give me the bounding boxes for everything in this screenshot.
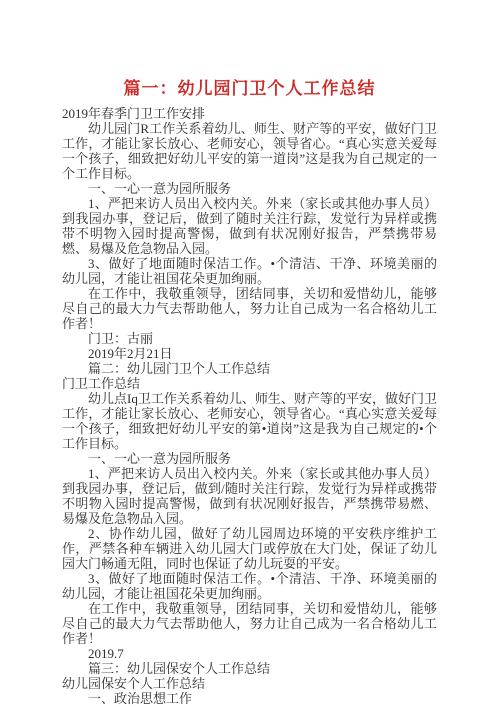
paragraph: 2、协作幼儿园，做好了幼儿园周边环境的平安秩序维护工作，严禁各种车辆进入幼儿园大… (62, 526, 437, 571)
paragraph: 在工作中，我敬重领导，团结同事，关切和爱惜幼儿，能够尽自己的最大力气去帮助他人，… (62, 286, 437, 331)
document-body: 2019年春季门卫工作安排幼儿园门R工作关系着幼儿、师生、财产等的平安，做好门卫… (62, 106, 437, 706)
paragraph: 2019.7 (62, 646, 437, 661)
paragraph: 一、一心一意为园所服务 (62, 451, 437, 466)
paragraph: 篇二：幼儿园门卫个人工作总结 (62, 361, 437, 376)
paragraph: 一、一心一意为园所服务 (62, 181, 437, 196)
paragraph: 2019年2月21日 (62, 346, 437, 361)
paragraph: 幼儿园保安个人工作总结 (62, 676, 437, 691)
paragraph: 门卫工作总结 (62, 376, 437, 391)
paragraph: 一、政治思想工作 (62, 691, 437, 706)
paragraph: 3、做好了地面随时保洁工作。•个清洁、干净、环境美丽的幼儿园，才能让祖国花朵更加… (62, 571, 437, 601)
paragraph: 在工作中，我敬重领导，团结同事，关切和爱惜幼儿，能够尽自己的最大力气去帮助他人，… (62, 601, 437, 646)
paragraph: 篇三：幼儿园保安个人工作总结 (62, 661, 437, 676)
paragraph: 1、严把来访人员出入校内关。外来（家长或其他办事人员）到我园办事，登记后，做到了… (62, 196, 437, 256)
paragraph: 2019年春季门卫工作安排 (62, 106, 437, 121)
paragraph: 3、做好了地面随时保洁工作。•个清洁、干净、环境美丽的幼儿园，才能让祖国花朵更加… (62, 256, 437, 286)
paragraph: 幼儿园门R工作关系着幼儿、师生、财产等的平安，做好门卫工作，才能让家长放心、老师… (62, 121, 437, 181)
document-page: 篇一：幼儿园门卫个人工作总结 2019年春季门卫工作安排幼儿园门R工作关系着幼儿… (0, 0, 500, 707)
document-title: 篇一：幼儿园门卫个人工作总结 (62, 78, 437, 100)
paragraph: 门卫：古丽 (62, 331, 437, 346)
paragraph: 1、严把来访人员出入校内关。外来（家长或其他办事人员）到我园办事，登记后，做到/… (62, 466, 437, 526)
paragraph: 幼儿点Iq卫工作关系着幼儿、师生、财产等的平安，做好门卫工作，才能让家长放心、老… (62, 391, 437, 451)
